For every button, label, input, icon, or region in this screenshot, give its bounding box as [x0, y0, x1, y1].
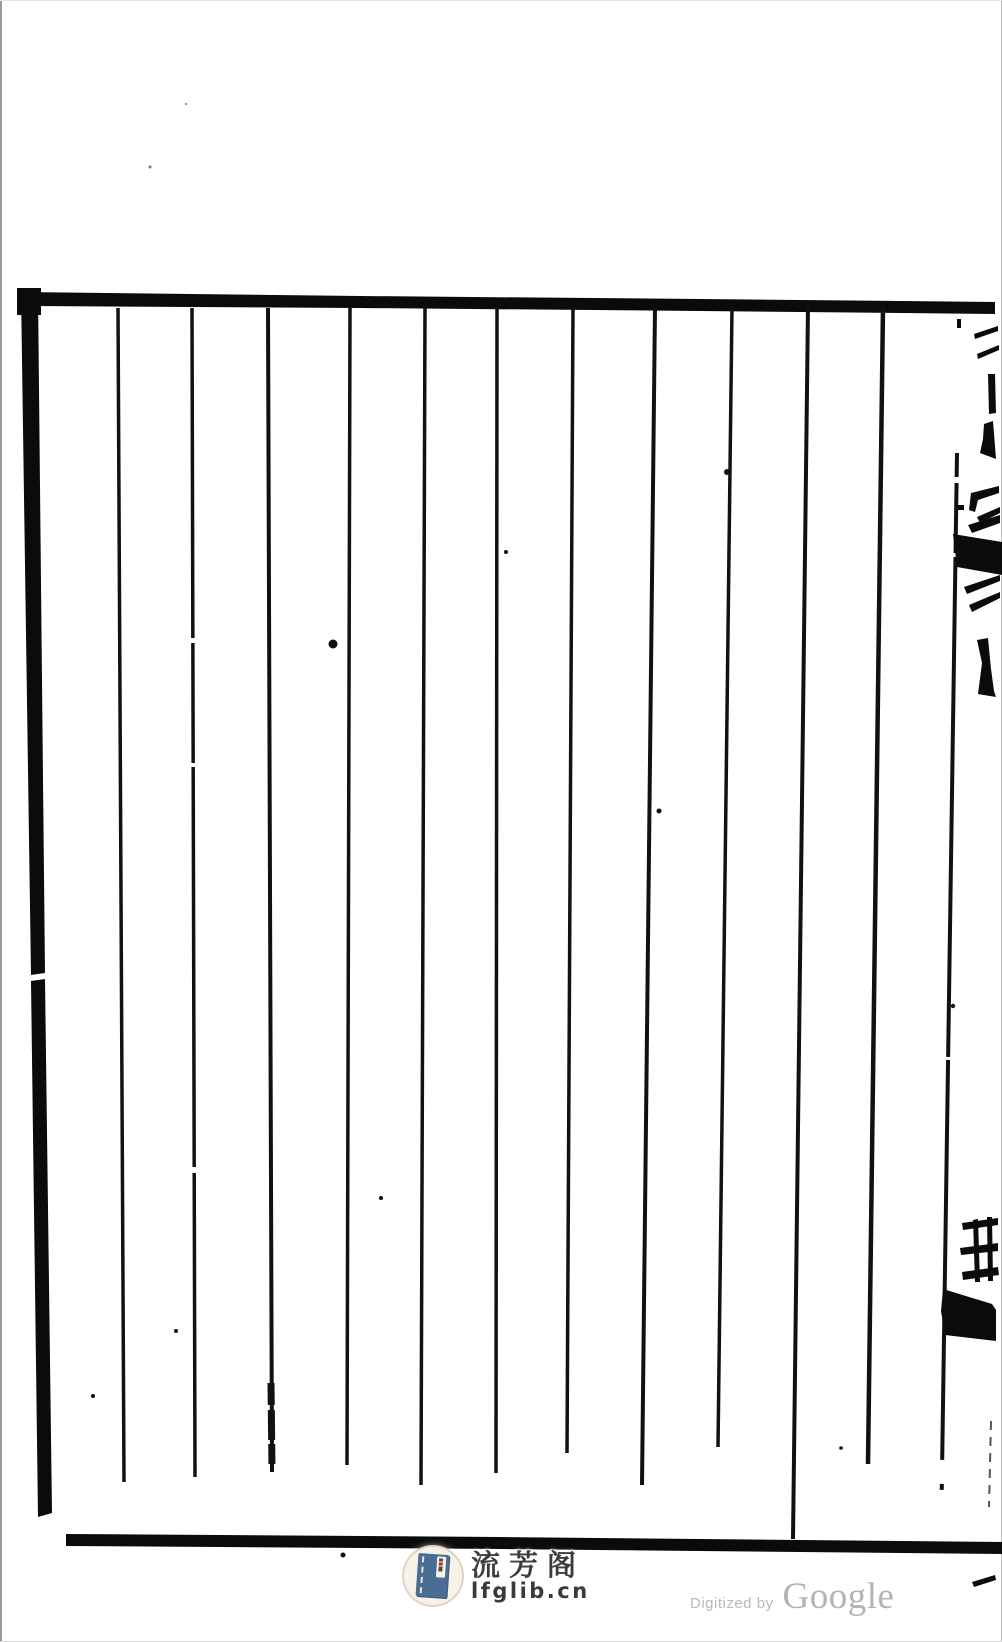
- column-rule-11: [868, 307, 883, 1464]
- book-cover-shape: [416, 1553, 450, 1598]
- ink-speck: [951, 1004, 955, 1008]
- column-rule-10: [793, 307, 808, 1539]
- ink-speck: [329, 640, 338, 649]
- ink-speck: [341, 1553, 346, 1558]
- ink-speck: [91, 1394, 95, 1398]
- credit-prefix-text: Digitized by: [690, 1595, 774, 1612]
- digitization-credit: Digitized by Google: [690, 1575, 905, 1618]
- column-rule-6: [496, 307, 497, 1473]
- stitched-book-icon: [404, 1547, 462, 1605]
- glyph-fragment: [977, 345, 999, 359]
- glyph-fragment: [977, 638, 996, 697]
- column-ruling: [118, 307, 991, 1541]
- column-rule-7: [567, 307, 573, 1453]
- ink-speck: [724, 469, 730, 475]
- frame-top-border: [20, 292, 995, 314]
- column-rule-2: [192, 308, 195, 1477]
- watermark-text: 流芳阁 lfglib.cn: [471, 1550, 590, 1602]
- glyph-fragment: [972, 1575, 996, 1587]
- glyph-fragment: [956, 505, 964, 510]
- watermark-site-name: 流芳阁: [471, 1550, 590, 1580]
- column-rule-4: [347, 308, 350, 1465]
- glyph-fragment: [974, 326, 998, 339]
- google-logo-text: Google: [783, 1575, 895, 1618]
- column-rule-faint-right: [989, 1421, 991, 1507]
- watermark-site-domain: lfglib.cn: [471, 1580, 590, 1602]
- frame-left-border-lower: [31, 979, 52, 1517]
- ink-specks: [91, 103, 955, 1558]
- column-rule-3: [268, 308, 272, 1472]
- library-watermark: 流芳阁 lfglib.cn: [404, 1547, 590, 1605]
- column-rule-9: [718, 307, 732, 1447]
- glyph-fragment: [969, 592, 1000, 612]
- woodblock-frame-and-ruling: [0, 1, 1002, 1641]
- glyph-fragment: [962, 1267, 999, 1280]
- glyph-fragment: [957, 319, 961, 328]
- glyph-fragment: [964, 575, 1000, 594]
- ink-speck: [185, 103, 187, 105]
- glyph-block: [941, 1289, 996, 1341]
- column-rule-1: [118, 308, 124, 1482]
- glyph-fragment: [980, 421, 996, 459]
- ink-speck: [174, 1329, 178, 1333]
- frame-left-border-upper: [21, 291, 45, 975]
- glyph-block: [953, 534, 1002, 575]
- book-title-label-shape: [436, 1556, 446, 1578]
- column-rule-5: [421, 308, 425, 1485]
- glyph-fragment: [969, 486, 999, 512]
- scanned-book-page: 流芳阁 lfglib.cn Digitized by Google: [0, 0, 1002, 1642]
- ink-speck: [839, 1446, 843, 1450]
- page-frame: [17, 288, 1002, 1554]
- column-rule-12: [941, 453, 957, 1541]
- glyph-fragment: [962, 1218, 998, 1230]
- column-rule-8: [642, 307, 655, 1485]
- glyph-fragment: [988, 374, 996, 414]
- column-rule-3b: [271, 1383, 272, 1469]
- ink-speck: [657, 809, 662, 814]
- ink-speck: [504, 550, 508, 554]
- ink-speck: [379, 1196, 383, 1200]
- ink-speck: [149, 166, 152, 169]
